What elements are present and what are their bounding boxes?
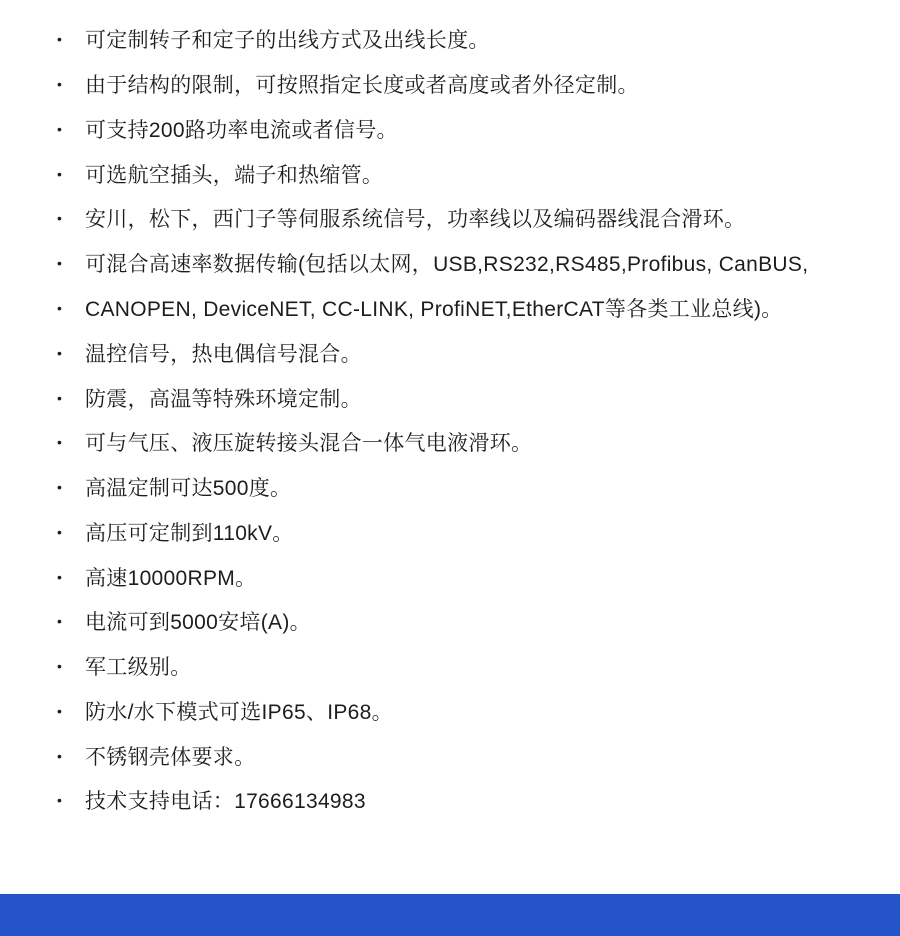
bullet-icon: • xyxy=(57,479,85,495)
list-item-text: 军工级别。 xyxy=(85,651,192,681)
list-item-text: 可与气压、液压旋转接头混合一体气电液滑环。 xyxy=(85,427,532,457)
bullet-icon: • xyxy=(57,121,85,137)
list-item: •安川，松下，西门子等伺服系统信号，功率线以及编码器线混合滑环。 xyxy=(57,196,900,241)
list-item: •不锈钢壳体要求。 xyxy=(57,733,900,778)
list-item-text: 高压可定制到110kV。 xyxy=(85,517,294,547)
document-page: •可定制转子和定子的出线方式及出线长度。•由于结构的限制，可按照指定长度或者高度… xyxy=(0,0,900,936)
list-item: •军工级别。 xyxy=(57,644,900,689)
bullet-icon: • xyxy=(57,658,85,674)
list-item: •CANOPEN, DeviceNET, CC-LINK, ProfiNET,E… xyxy=(57,286,900,331)
list-item: •高速10000RPM。 xyxy=(57,554,900,599)
list-item: •技术支持电话：17666134983 xyxy=(57,778,900,823)
bullet-icon: • xyxy=(57,569,85,585)
list-item-text: 温控信号，热电偶信号混合。 xyxy=(85,338,362,368)
list-item: •电流可到5000安培(A)。 xyxy=(57,599,900,644)
list-item-text: 可支持200路功率电流或者信号。 xyxy=(85,114,398,144)
list-item: •可混合高速率数据传输(包括以太网，USB,RS232,RS485,Profib… xyxy=(57,241,900,286)
list-item: •防震，高温等特殊环境定制。 xyxy=(57,375,900,420)
feature-list: •可定制转子和定子的出线方式及出线长度。•由于结构的限制，可按照指定长度或者高度… xyxy=(0,0,900,823)
list-item-text: 高温定制可达500度。 xyxy=(85,472,291,502)
list-item-text: 电流可到5000安培(A)。 xyxy=(85,606,311,636)
list-item: •防水/水下模式可选IP65、IP68。 xyxy=(57,688,900,733)
bullet-icon: • xyxy=(57,390,85,406)
bullet-icon: • xyxy=(57,300,85,316)
bullet-icon: • xyxy=(57,613,85,629)
list-item: •可与气压、液压旋转接头混合一体气电液滑环。 xyxy=(57,420,900,465)
bullet-icon: • xyxy=(57,76,85,92)
bullet-icon: • xyxy=(57,792,85,808)
bullet-icon: • xyxy=(57,748,85,764)
list-item: •可定制转子和定子的出线方式及出线长度。 xyxy=(57,17,900,62)
footer-bar xyxy=(0,894,900,936)
list-item-text: 可定制转子和定子的出线方式及出线长度。 xyxy=(85,24,490,54)
list-item: •由于结构的限制，可按照指定长度或者高度或者外径定制。 xyxy=(57,62,900,107)
bullet-icon: • xyxy=(57,31,85,47)
bullet-icon: • xyxy=(57,345,85,361)
list-item-text: 可选航空插头，端子和热缩管。 xyxy=(85,159,383,189)
list-item: •高压可定制到110kV。 xyxy=(57,509,900,554)
bullet-icon: • xyxy=(57,255,85,271)
list-item: •温控信号，热电偶信号混合。 xyxy=(57,330,900,375)
bullet-icon: • xyxy=(57,210,85,226)
list-item-text: 高速10000RPM。 xyxy=(85,562,256,592)
bullet-icon: • xyxy=(57,524,85,540)
list-item: •高温定制可达500度。 xyxy=(57,465,900,510)
bullet-icon: • xyxy=(57,434,85,450)
list-item-text: 防震，高温等特殊环境定制。 xyxy=(85,383,362,413)
list-item-text: 由于结构的限制，可按照指定长度或者高度或者外径定制。 xyxy=(85,69,639,99)
list-item-text: CANOPEN, DeviceNET, CC-LINK, ProfiNET,Et… xyxy=(85,293,783,323)
bullet-icon: • xyxy=(57,166,85,182)
list-item-text: 防水/水下模式可选IP65、IP68。 xyxy=(85,696,393,726)
list-item-text: 不锈钢壳体要求。 xyxy=(85,741,255,771)
bullet-icon: • xyxy=(57,703,85,719)
list-item-text: 技术支持电话：17666134983 xyxy=(85,785,366,815)
list-item-text: 安川，松下，西门子等伺服系统信号，功率线以及编码器线混合滑环。 xyxy=(85,203,745,233)
list-item: •可支持200路功率电流或者信号。 xyxy=(57,107,900,152)
list-item: •可选航空插头，端子和热缩管。 xyxy=(57,151,900,196)
list-item-text: 可混合高速率数据传输(包括以太网，USB,RS232,RS485,Profibu… xyxy=(85,248,808,278)
